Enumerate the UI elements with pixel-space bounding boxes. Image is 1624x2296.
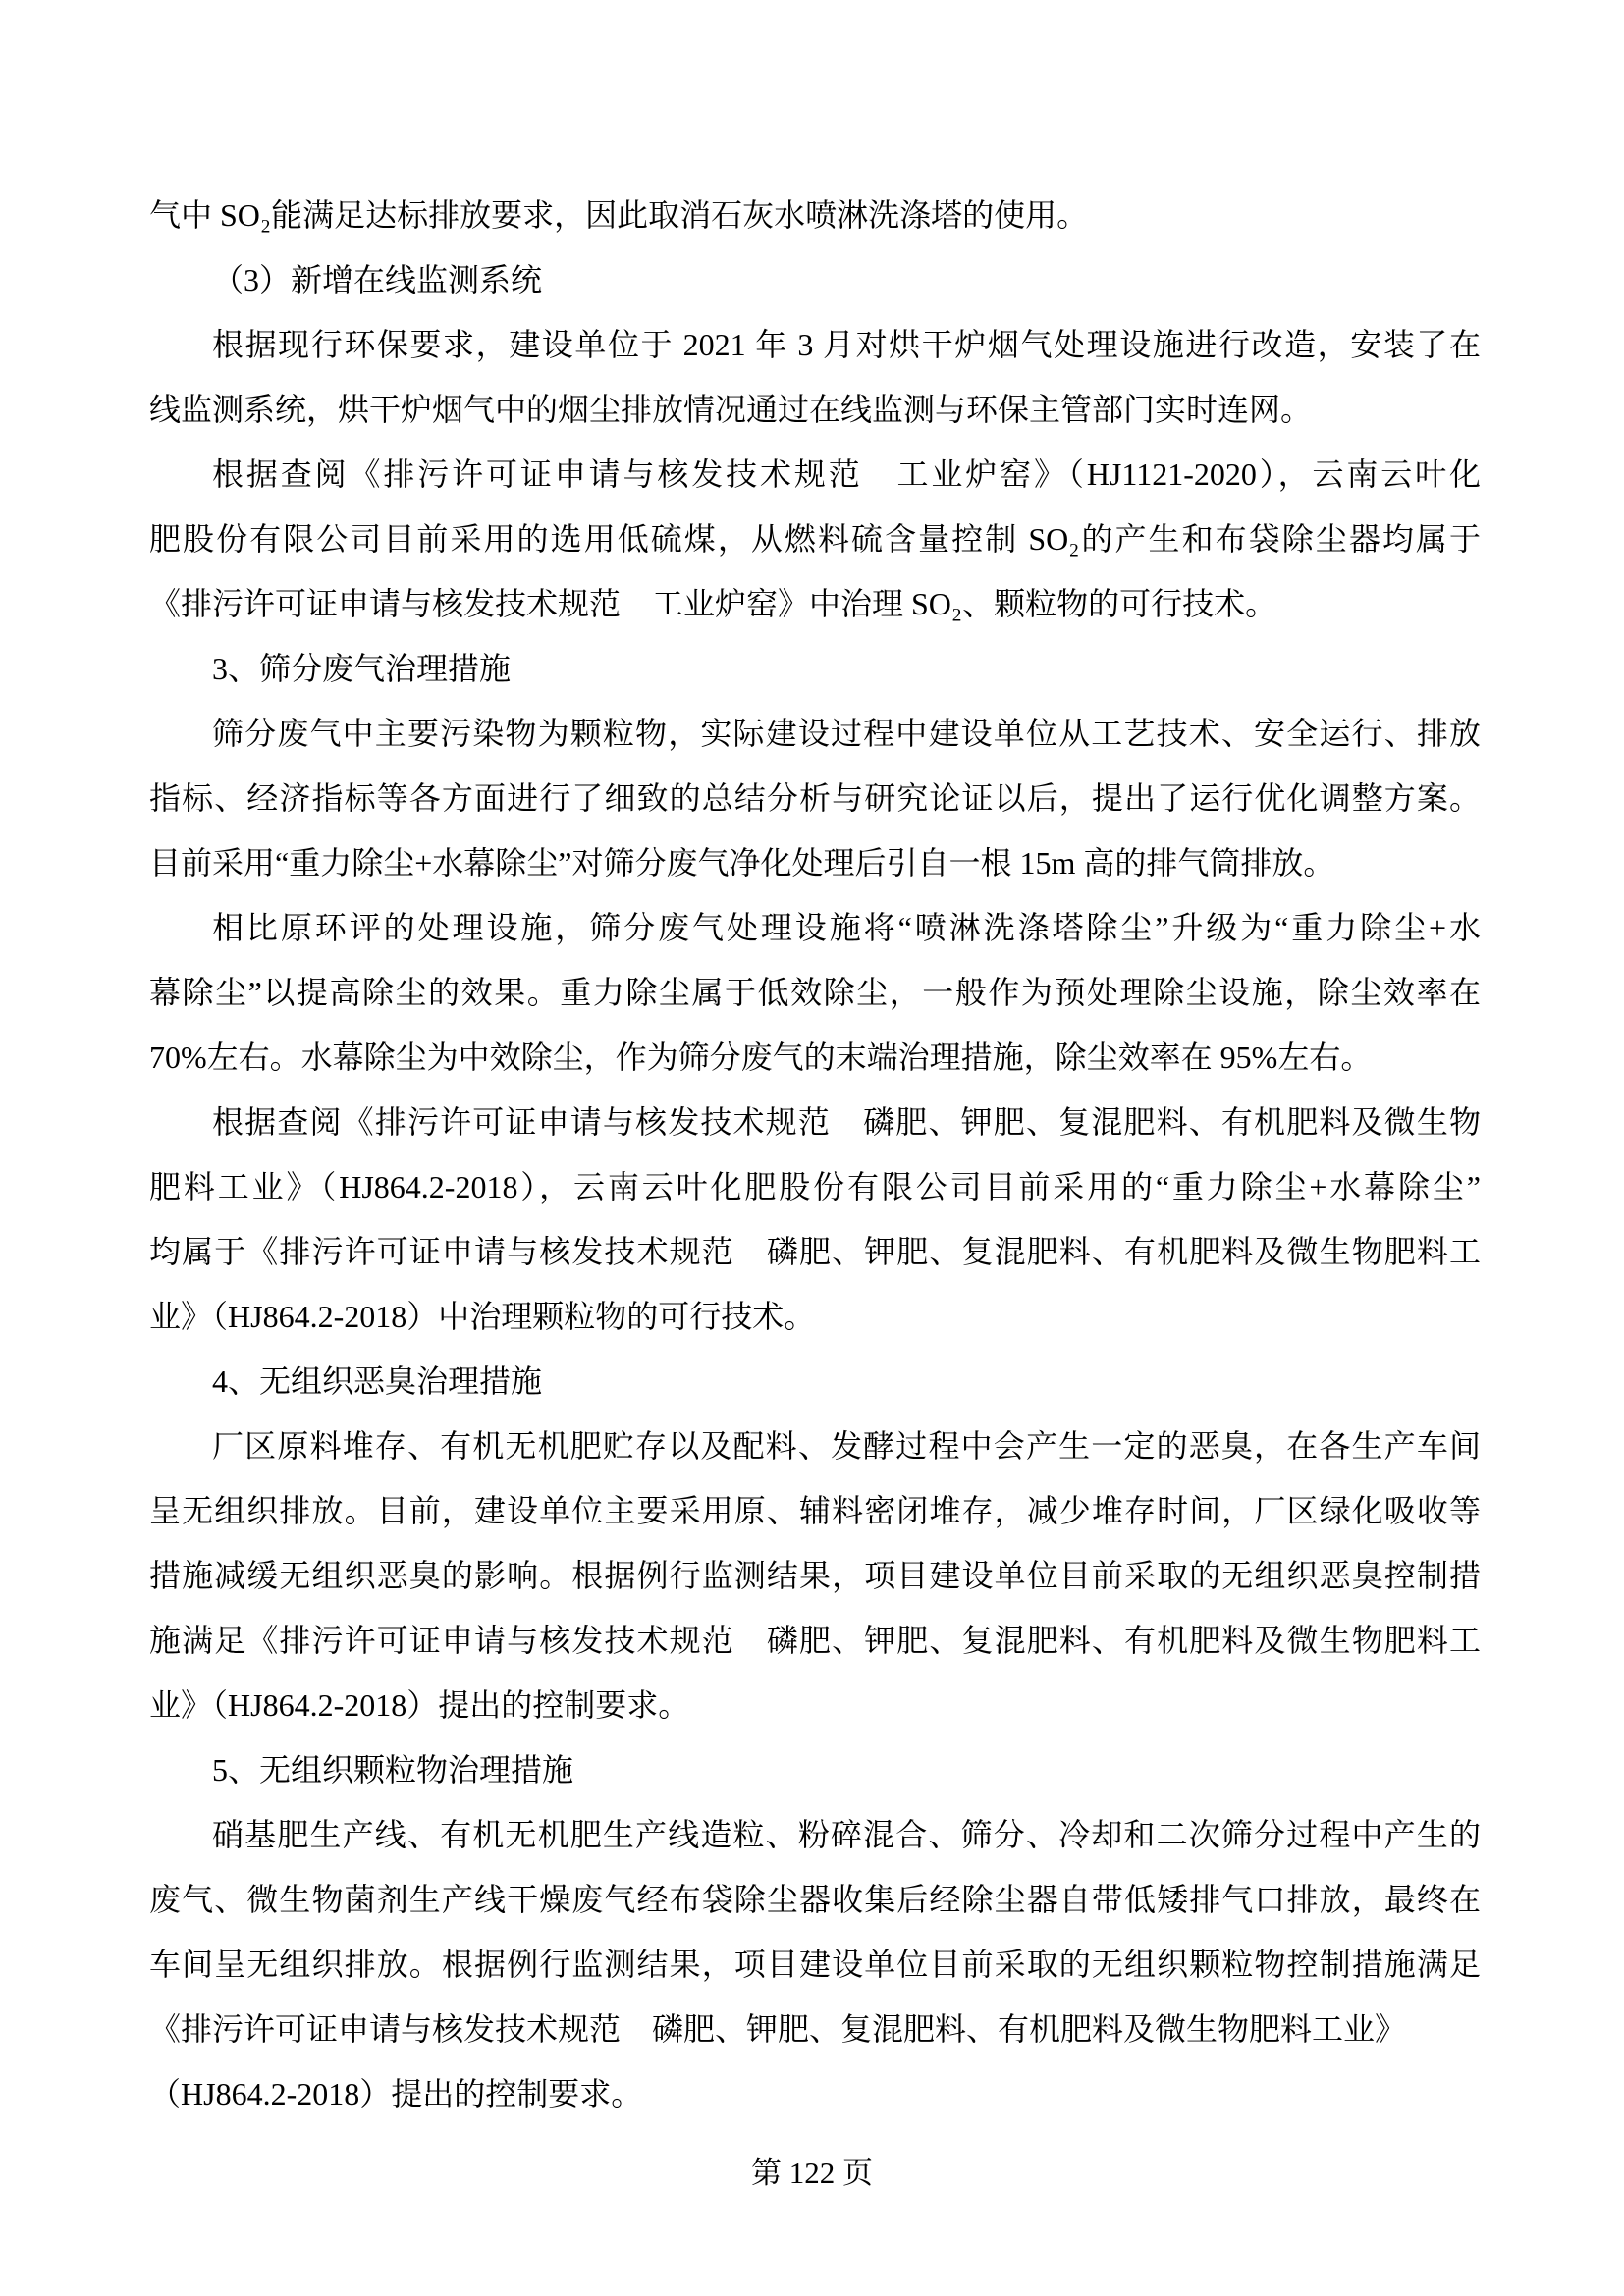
text-line: （3）新增在线监测系统 bbox=[149, 247, 1481, 312]
text-line: 业》（HJ864.2-2018）中治理颗粒物的可行技术。 bbox=[149, 1284, 1481, 1349]
text-line: 厂区原料堆存、有机无机肥贮存以及配料、发酵过程中会产生一定的恶臭，在各生产车间 bbox=[149, 1414, 1481, 1478]
text-line: 70%左右。水幕除尘为中效除尘，作为筛分废气的末端治理措施，除尘效率在 95%左… bbox=[149, 1025, 1481, 1090]
text-line: 呈无组织排放。目前，建设单位主要采用原、辅料密闭堆存，减少堆存时间，厂区绿化吸收… bbox=[149, 1478, 1481, 1543]
text-line: 指标、经济指标等各方面进行了细致的总结分析与研究论证以后，提出了运行优化调整方案… bbox=[149, 766, 1481, 830]
text-line: 相比原环评的处理设施，筛分废气处理设施将“喷淋洗涤塔除尘”升级为“重力除尘+水 bbox=[149, 895, 1481, 960]
document-page: 气中 SO₂能满足达标排放要求，因此取消石灰水喷淋洗涤塔的使用。（3）新增在线监… bbox=[0, 0, 1624, 2296]
text-line: 肥料工业》（HJ864.2-2018），云南云叶化肥股份有限公司目前采用的“重力… bbox=[149, 1154, 1481, 1219]
page-number: 第 122 页 bbox=[751, 2156, 873, 2190]
text-line: 根据查阅《排污许可证申请与核发技术规范 磷肥、钾肥、复混肥料、有机肥料及微生物 bbox=[149, 1090, 1481, 1154]
page-footer: 第 122 页 bbox=[0, 2152, 1624, 2195]
text-line: 3、筛分废气治理措施 bbox=[149, 636, 1481, 701]
text-line: 《排污许可证申请与核发技术规范 工业炉窑》中治理 SO₂、颗粒物的可行技术。 bbox=[149, 571, 1481, 636]
text-line: 《排污许可证申请与核发技术规范 磷肥、钾肥、复混肥料、有机肥料及微生物肥料工业》 bbox=[149, 1997, 1481, 2061]
document-body: 气中 SO₂能满足达标排放要求，因此取消石灰水喷淋洗涤塔的使用。（3）新增在线监… bbox=[149, 183, 1481, 2126]
text-line: 目前采用“重力除尘+水幕除尘”对筛分废气净化处理后引自一根 15m 高的排气筒排… bbox=[149, 830, 1481, 895]
text-line: 措施减缓无组织恶臭的影响。根据例行监测结果，项目建设单位目前采取的无组织恶臭控制… bbox=[149, 1543, 1481, 1608]
text-line: 废气、微生物菌剂生产线干燥废气经布袋除尘器收集后经除尘器自带低矮排气口排放，最终… bbox=[149, 1867, 1481, 1932]
text-line: 根据现行环保要求，建设单位于 2021 年 3 月对烘干炉烟气处理设施进行改造，… bbox=[149, 312, 1481, 377]
text-line: 5、无组织颗粒物治理措施 bbox=[149, 1737, 1481, 1802]
text-line: 施满足《排污许可证申请与核发技术规范 磷肥、钾肥、复混肥料、有机肥料及微生物肥料… bbox=[149, 1608, 1481, 1673]
text-line: 筛分废气中主要污染物为颗粒物，实际建设过程中建设单位从工艺技术、安全运行、排放 bbox=[149, 701, 1481, 766]
text-line: 肥股份有限公司目前采用的选用低硫煤，从燃料硫含量控制 SO₂的产生和布袋除尘器均… bbox=[149, 507, 1481, 571]
text-line: 均属于《排污许可证申请与核发技术规范 磷肥、钾肥、复混肥料、有机肥料及微生物肥料… bbox=[149, 1219, 1481, 1284]
text-line: 业》（HJ864.2-2018）提出的控制要求。 bbox=[149, 1673, 1481, 1737]
text-line: 幕除尘”以提高除尘的效果。重力除尘属于低效除尘，一般作为预处理除尘设施，除尘效率… bbox=[149, 960, 1481, 1025]
text-line: 4、无组织恶臭治理措施 bbox=[149, 1349, 1481, 1414]
text-line: 气中 SO₂能满足达标排放要求，因此取消石灰水喷淋洗涤塔的使用。 bbox=[149, 183, 1481, 247]
text-line: 线监测系统，烘干炉烟气中的烟尘排放情况通过在线监测与环保主管部门实时连网。 bbox=[149, 377, 1481, 442]
text-line: 根据查阅《排污许可证申请与核发技术规范 工业炉窑》（HJ1121-2020），云… bbox=[149, 442, 1481, 507]
text-line: 车间呈无组织排放。根据例行监测结果，项目建设单位目前采取的无组织颗粒物控制措施满… bbox=[149, 1932, 1481, 1997]
text-line: 硝基肥生产线、有机无机肥生产线造粒、粉碎混合、筛分、冷却和二次筛分过程中产生的 bbox=[149, 1802, 1481, 1867]
text-line: （HJ864.2-2018）提出的控制要求。 bbox=[149, 2061, 1481, 2126]
